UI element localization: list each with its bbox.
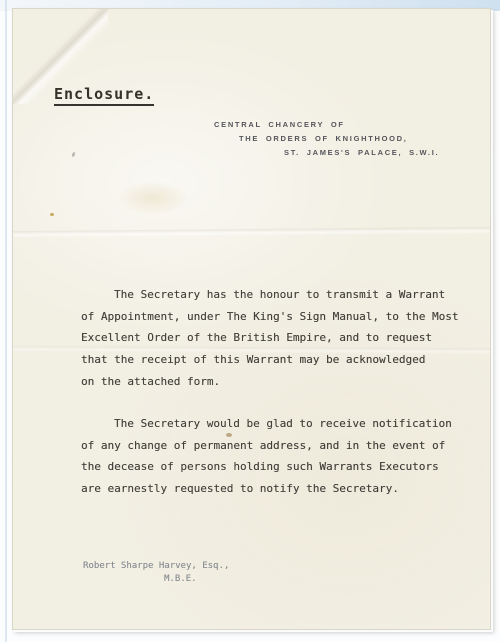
letterhead-line-3: ST. JAMES'S PALACE, S.W.I. xyxy=(284,148,439,157)
paragraph-2-line: of any change of permanent address, and … xyxy=(81,435,471,457)
paper-stain-speck xyxy=(50,213,54,216)
paragraph-1-line: The Secretary has the honour to transmit… xyxy=(81,284,471,306)
scanned-letter: Enclosure. CENTRAL CHANCERY OF THE ORDER… xyxy=(0,0,500,642)
paper-ink-speck xyxy=(71,152,76,158)
paragraph-1-line: that the receipt of this Warrant may be … xyxy=(81,349,471,371)
enclosure-label: Enclosure. xyxy=(54,85,154,106)
addressee-honorific: M.B.E. xyxy=(164,573,229,586)
paper-stain-patch xyxy=(117,181,189,215)
letter-paper: Enclosure. CENTRAL CHANCERY OF THE ORDER… xyxy=(12,8,491,630)
letterhead-line-1: CENTRAL CHANCERY OF xyxy=(214,120,345,129)
paragraph-2-line: are earnestly requested to notify the Se… xyxy=(81,478,471,500)
paragraph-2-line: the decease of persons holding such Warr… xyxy=(81,456,471,478)
addressee-name: Robert Sharpe Harvey, Esq., xyxy=(83,560,229,573)
paragraph-1-line: of Appointment, under The King's Sign Ma… xyxy=(81,306,471,328)
paragraph-2-line: The Secretary would be glad to receive n… xyxy=(81,413,471,435)
paragraph-1-line: on the attached form. xyxy=(81,371,471,393)
addressee-block: Robert Sharpe Harvey, Esq., M.B.E. xyxy=(83,560,229,586)
paragraph-1-line: Excellent Order of the British Empire, a… xyxy=(81,327,471,349)
paragraph-2: The Secretary would be glad to receive n… xyxy=(81,413,471,500)
scan-left-edge-line xyxy=(5,0,7,642)
paragraph-1: The Secretary has the honour to transmit… xyxy=(81,284,471,393)
letterhead-line-2: THE ORDERS OF KNIGHTHOOD, xyxy=(239,134,408,143)
paper-crease-horizontal-upper xyxy=(13,227,490,238)
